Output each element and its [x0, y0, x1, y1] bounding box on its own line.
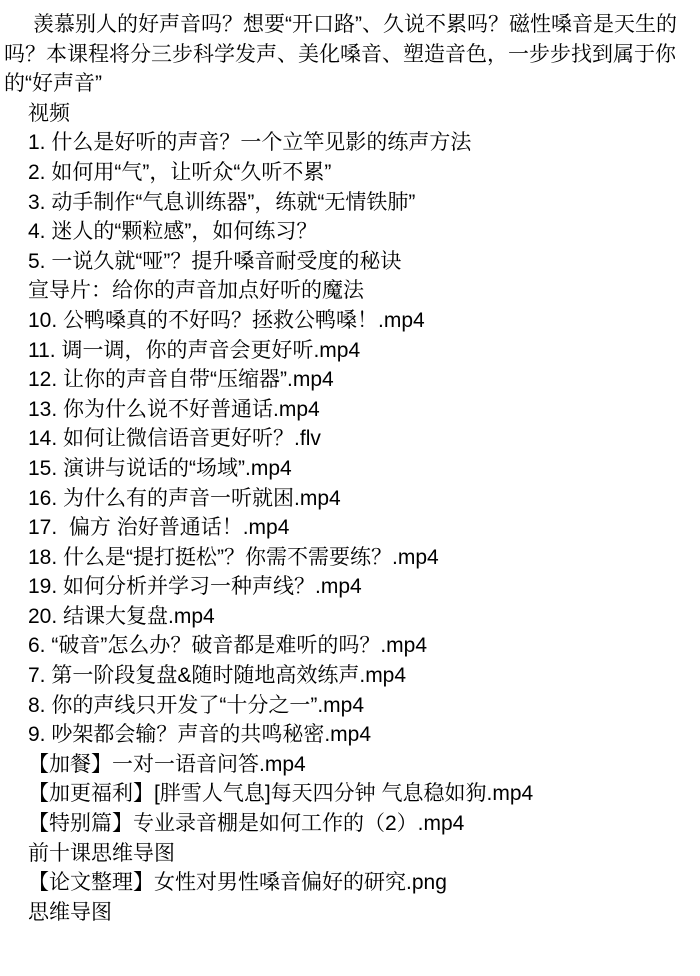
lesson-list: 1. 什么是好听的声音？一个立竿见影的练声方法 2. 如何用“气”，让听众“久听…	[4, 128, 694, 927]
lesson-item: 18. 什么是“提打挺松”？你需不需要练？.mp4	[4, 543, 694, 573]
lesson-item: 6. “破音”怎么办？破音都是难听的吗？.mp4	[4, 631, 694, 661]
course-intro: 羡慕别人的好声音吗？想要“开口路”、久说不累吗？磁性嗓音是天生的 吗？本课程将分…	[4, 10, 694, 99]
lesson-item: 19. 如何分析并学习一种声线？.mp4	[4, 572, 694, 602]
lesson-item: 【加餐】一对一语音问答.mp4	[4, 750, 694, 780]
lesson-item: 7. 第一阶段复盘&随时随地高效练声.mp4	[4, 661, 694, 691]
lesson-item: 12. 让你的声音自带“压缩器”.mp4	[4, 365, 694, 395]
lesson-item: 【特别篇】专业录音棚是如何工作的（2）.mp4	[4, 809, 694, 839]
lesson-item: 4. 迷人的“颗粒感”，如何练习？	[4, 217, 694, 247]
lesson-item: 【加更福利】[胖雪人气息]每天四分钟 气息稳如狗.mp4	[4, 779, 694, 809]
lesson-item: 11. 调一调，你的声音会更好听.mp4	[4, 336, 694, 366]
lesson-item: 1. 什么是好听的声音？一个立竿见影的练声方法	[4, 128, 694, 158]
lesson-item: 17. 偏方 治好普通话！.mp4	[4, 513, 694, 543]
lesson-item: 3. 动手制作“气息训练器”，练就“无情铁肺”	[4, 188, 694, 218]
intro-line: 的“好声音”	[4, 69, 694, 99]
lesson-item: 思维导图	[4, 898, 694, 928]
lesson-item: 10. 公鸭嗓真的不好吗？拯救公鸭嗓！.mp4	[4, 306, 694, 336]
intro-line: 吗？本课程将分三步科学发声、美化嗓音、塑造音色，一步步找到属于你	[4, 40, 694, 70]
lesson-item: 宣导片：给你的声音加点好听的魔法	[4, 276, 694, 306]
lesson-item: 2. 如何用“气”，让听众“久听不累”	[4, 158, 694, 188]
lesson-item: 14. 如何让微信语音更好听？.flv	[4, 424, 694, 454]
course-description-document: 羡慕别人的好声音吗？想要“开口路”、久说不累吗？磁性嗓音是天生的 吗？本课程将分…	[0, 0, 700, 976]
lesson-item: 16. 为什么有的声音一听就困.mp4	[4, 484, 694, 514]
lesson-item: 5. 一说久就“哑”？提升嗓音耐受度的秘诀	[4, 247, 694, 277]
lesson-item: 9. 吵架都会输？声音的共鸣秘密.mp4	[4, 720, 694, 750]
lesson-item: 【论文整理】女性对男性嗓音偏好的研究.png	[4, 868, 694, 898]
lesson-item: 15. 演讲与说话的“场域”.mp4	[4, 454, 694, 484]
lesson-item: 13. 你为什么说不好普通话.mp4	[4, 395, 694, 425]
lesson-item: 8. 你的声线只开发了“十分之一”.mp4	[4, 691, 694, 721]
lesson-item: 前十课思维导图	[4, 839, 694, 869]
section-label-video: 视频	[4, 99, 694, 129]
intro-line: 羡慕别人的好声音吗？想要“开口路”、久说不累吗？磁性嗓音是天生的	[4, 10, 694, 40]
lesson-item: 20. 结课大复盘.mp4	[4, 602, 694, 632]
